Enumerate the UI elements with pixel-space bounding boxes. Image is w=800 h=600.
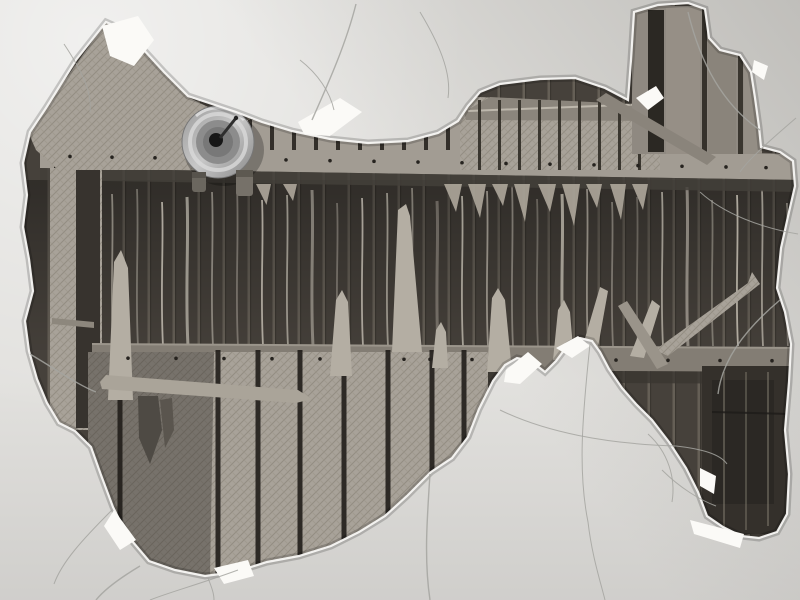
photo-damaged-plaster-wall: Black-and-white photograph of a broken p… [0, 0, 800, 600]
fixture-lever-tip [234, 116, 238, 120]
fixture-nub-left-cap [192, 172, 206, 178]
damaged-wall-photo: Black-and-white photograph of a broken p… [0, 0, 800, 600]
fixture-nub-right-cap [236, 170, 253, 177]
right-dark-cavity [702, 366, 792, 534]
